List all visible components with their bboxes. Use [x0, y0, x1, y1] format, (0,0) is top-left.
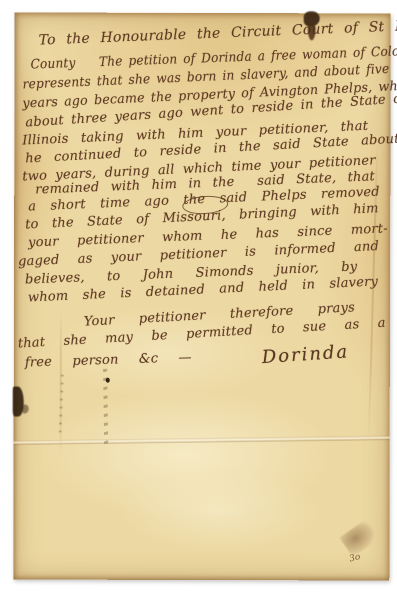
horizontal-fold-crease — [14, 436, 390, 446]
closing-line: free person &c — — [25, 351, 192, 369]
scanned-document-page: { "page": { "background_color": "#ffffff… — [0, 0, 397, 600]
manuscript-paper: To the Honourable the Circuit Court of S… — [13, 13, 390, 581]
bottom-right-smudge — [339, 519, 379, 557]
page-number-mark: 3o — [348, 552, 361, 564]
signature: Dorinda — [261, 341, 350, 368]
ink-bleed-dot — [106, 378, 110, 383]
manuscript-line: To the Honourable the Circuit Court of S… — [38, 18, 397, 48]
left-edge-ink-spot — [22, 405, 29, 414]
